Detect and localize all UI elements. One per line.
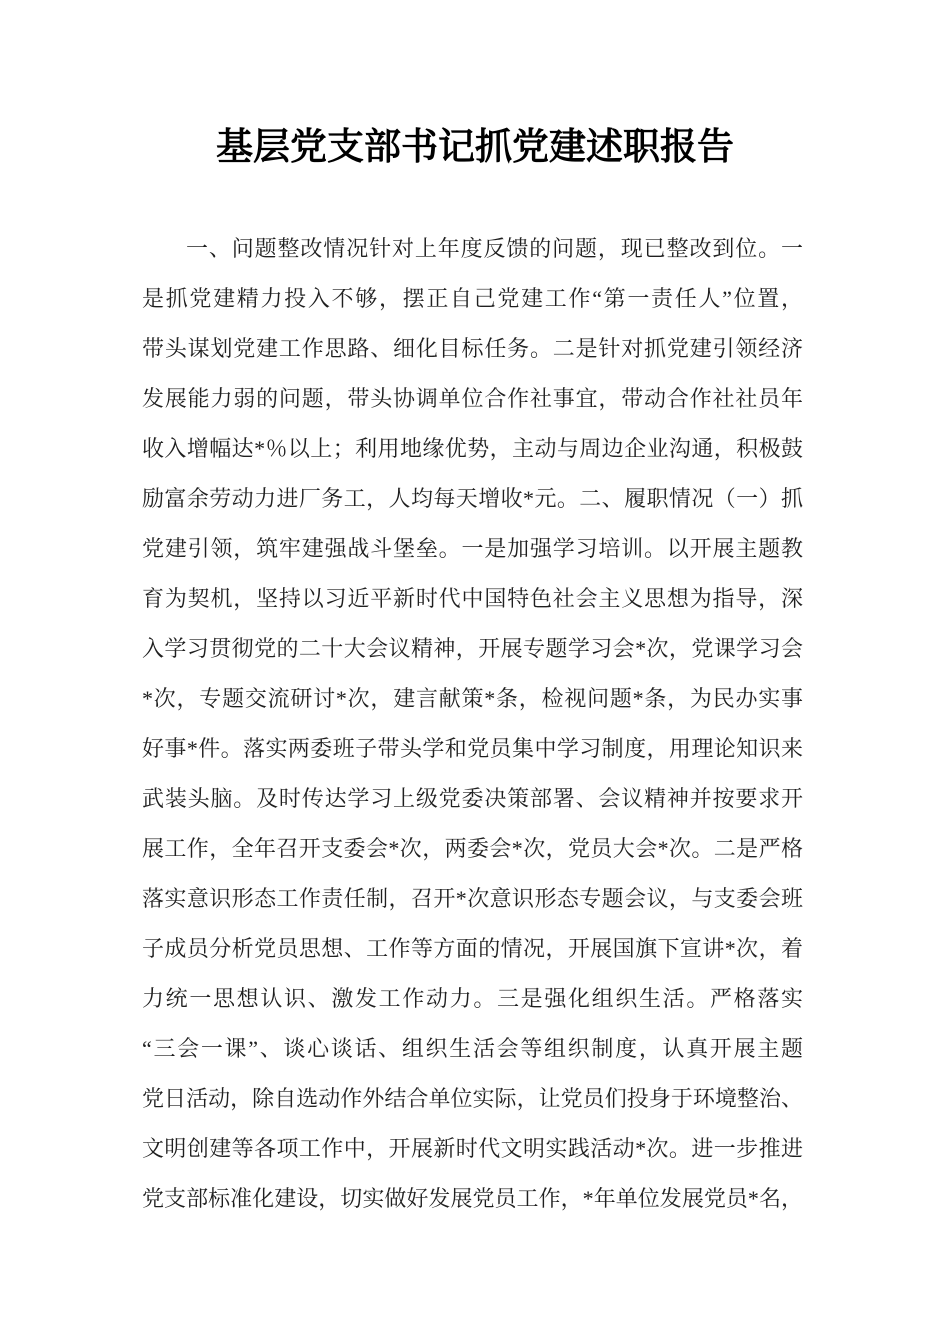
document-title: 基层党支部书记抓党建述职报告: [0, 124, 950, 170]
body-line: 是抓党建精力投入不够，摆正自己党建工作“第一责任人”位置，: [142, 274, 803, 324]
body-line: 子成员分析党员思想、工作等方面的情况，开展国旗下宣讲*次，着: [142, 924, 803, 974]
body-line: 党支部标准化建设，切实做好发展党员工作，*年单位发展党员*名，: [142, 1174, 803, 1224]
body-line: 力统一思想认识、激发工作动力。三是强化组织生活。严格落实: [142, 974, 803, 1024]
body-line: 好事*件。落实两委班子带头学和党员集中学习制度，用理论知识来: [142, 724, 803, 774]
body-line: 党建引领，筑牢建强战斗堡垒。一是加强学习培训。以开展主题教: [142, 524, 803, 574]
body-line: 落实意识形态工作责任制，召开*次意识形态专题会议，与支委会班: [142, 874, 803, 924]
body-line: 展工作，全年召开支委会*次，两委会*次，党员大会*次。二是严格: [142, 824, 803, 874]
body-line: *次，专题交流研讨*次，建言献策*条，检视问题*条，为民办实事: [142, 674, 803, 724]
body-line: 一、问题整改情况针对上年度反馈的问题，现已整改到位。一: [142, 224, 803, 274]
body-line: 文明创建等各项工作中，开展新时代文明实践活动*次。进一步推进: [142, 1124, 803, 1174]
document-page: 基层党支部书记抓党建述职报告 一、问题整改情况针对上年度反馈的问题，现已整改到位…: [0, 0, 950, 1344]
body-line: 武装头脑。及时传达学习上级党委决策部署、会议精神并按要求开: [142, 774, 803, 824]
body-line: 育为契机，坚持以习近平新时代中国特色社会主义思想为指导，深: [142, 574, 803, 624]
body-line: 发展能力弱的问题，带头协调单位合作社事宜，带动合作社社员年: [142, 374, 803, 424]
body-line: 收入增幅达*％以上；利用地缘优势，主动与周边企业沟通，积极鼓: [142, 424, 803, 474]
body-line: 带头谋划党建工作思路、细化目标任务。二是针对抓党建引领经济: [142, 324, 803, 374]
body-line: 党日活动，除自选动作外结合单位实际，让党员们投身于环境整治、: [142, 1074, 803, 1124]
body-line: 入学习贯彻党的二十大会议精神，开展专题学习会*次，党课学习会: [142, 624, 803, 674]
body-line: “三会一课”、谈心谈话、组织生活会等组织制度，认真开展主题: [142, 1024, 803, 1074]
document-body: 一、问题整改情况针对上年度反馈的问题，现已整改到位。一是抓党建精力投入不够，摆正…: [142, 224, 803, 1224]
body-line: 励富余劳动力进厂务工，人均每天增收*元。二、履职情况（一）抓: [142, 474, 803, 524]
